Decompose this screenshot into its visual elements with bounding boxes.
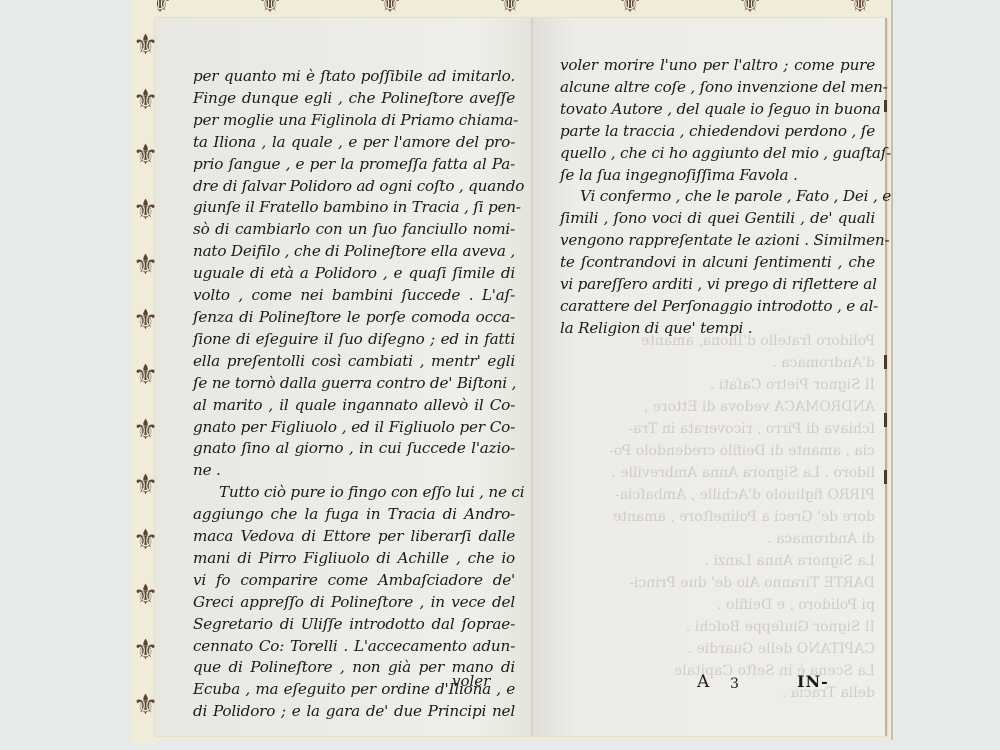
fleur-de-lis-icon: ⚜ xyxy=(133,300,155,340)
text-line: al marito , il quale ingannato allevò il… xyxy=(193,395,515,417)
cover-edge-mark xyxy=(884,413,887,427)
text-line: volto , come nei bambini ſuccede . L'aſ- xyxy=(193,285,515,307)
text-line: ſe la ſua ingegnoſiſſima Favola . xyxy=(560,165,875,187)
text-line: ella preſentolli così cambiati , mentr' … xyxy=(193,351,515,373)
text-line: dre di ſalvar Polidoro ad ogni coſto , q… xyxy=(193,176,515,198)
text-line: aggiungo che la fuga in Tracia di Andro- xyxy=(193,504,515,526)
text-line: Segretario di Uliſſe introdotto dal ſopr… xyxy=(193,614,515,636)
bleed-line: lidoro . La Signora Anna Ambreville . xyxy=(575,462,875,484)
text-line: cennato Co: Torelli . L'accecamento adun… xyxy=(193,636,515,658)
bleed-line: Il Signor Pietro Caſati . xyxy=(575,374,875,396)
fleur-de-lis-icon: ⚜ xyxy=(370,0,410,16)
text-line: per moglie una Figlinola di Priamo chiam… xyxy=(193,110,515,132)
right-catchword: IN- xyxy=(797,672,829,691)
text-line: vi pareſſero arditi , vi prego di riflet… xyxy=(560,274,875,296)
bleed-line: d'Andromaca . xyxy=(575,352,875,374)
cover-pattern-left: ⚜ ⚜ ⚜ ⚜ ⚜ ⚜ ⚜ ⚜ ⚜ ⚜ ⚜ ⚜ ⚜ xyxy=(131,0,157,745)
fleur-de-lis-icon: ⚜ xyxy=(133,355,155,395)
bleed-line: della Tracia . xyxy=(575,682,875,704)
text-line: gnato per Figliuolo , ed il Figliuolo pe… xyxy=(193,417,515,439)
fleur-de-lis-icon: ⚜ xyxy=(133,575,155,615)
cover-edge-mark xyxy=(884,100,887,112)
text-line: Vi confermo , che le parole , Fato , Dei… xyxy=(560,186,875,208)
text-line: ta Iliona , la quale , e per l'amore del… xyxy=(193,132,515,154)
text-line: alcune altre coſe , ſono invenzione del … xyxy=(560,77,875,99)
text-line: mani di Pirro Figliuolo di Achille , che… xyxy=(193,548,515,570)
text-line: Greci appreſſo di Polineſtore , in vece … xyxy=(193,592,515,614)
fleur-de-lis-icon: ⚜ xyxy=(250,0,290,16)
fleur-de-lis-icon: ⚜ xyxy=(133,410,155,450)
bleed-through-text: Polidoro fratello d'Iliona, amante d'And… xyxy=(575,330,875,704)
fleur-de-lis-icon: ⚜ xyxy=(133,685,155,725)
text-line: vengono rappreſentate le azioni . Similm… xyxy=(560,230,875,252)
fleur-de-lis-icon: ⚜ xyxy=(133,520,155,560)
bleed-line: DARTE Tiranno Aio de' due Princi- xyxy=(575,572,875,594)
text-line: vi fo comparire come Ambaſciadore de' xyxy=(193,570,515,592)
text-line: per quanto mi è ſtato poſſibile ad imita… xyxy=(193,66,515,88)
text-line: ne . xyxy=(193,460,515,482)
fleur-de-lis-icon: ⚜ xyxy=(133,245,155,285)
bleed-line: dore de' Greci a Polineſtore , amante xyxy=(575,506,875,528)
cover-pattern-top: ⚜ ⚜ ⚜ ⚜ ⚜ ⚜ ⚜ xyxy=(140,0,880,20)
text-line: maca Vedova di Ettore per liberarſi dall… xyxy=(193,526,515,548)
text-line: nato Deifilo , che di Polineſtore ella a… xyxy=(193,241,515,263)
text-line: uguale di età a Polidoro , e quaſi ſimil… xyxy=(193,263,515,285)
cover-edge-mark xyxy=(884,355,887,369)
bleed-line: Il Signor Giuſeppe Boſchi . xyxy=(575,616,875,638)
bleed-line: ANDROMACA vedova di Ettore , xyxy=(575,396,875,418)
fleur-de-lis-icon: ⚜ xyxy=(133,630,155,670)
bleed-line: CAPITANO delle Guardie . xyxy=(575,638,875,660)
text-line: ſione di eſeguire il ſuo diſegno ; ed in… xyxy=(193,329,515,351)
signature-mark-number: 3 xyxy=(730,676,739,692)
text-line: voler morire l'uno per l'altro ; come pu… xyxy=(560,55,875,77)
text-line: carattere del Perſonaggio introdotto , e… xyxy=(560,296,875,318)
left-page-text: per quanto mi è ſtato poſſibile ad imita… xyxy=(193,66,515,723)
fleur-de-lis-icon: ⚜ xyxy=(840,0,880,16)
fleur-de-lis-icon: ⚜ xyxy=(133,80,155,120)
bleed-line: ſchiava di Pirro , ricoverata in Tra- xyxy=(575,418,875,440)
fleur-de-lis-icon: ⚜ xyxy=(133,465,155,505)
text-line: gnato ſino al giorno , in cui ſuccede l'… xyxy=(193,438,515,460)
text-line: sò di cambiarlo con un ſuo fanciullo nom… xyxy=(193,219,515,241)
text-line: di Polidoro ; e la gara de' due Principi… xyxy=(193,701,515,723)
text-line: prio ſangue , e per la promeſſa fatta al… xyxy=(193,154,515,176)
fleur-de-lis-icon: ⚜ xyxy=(730,0,770,16)
text-line: giunſe il Fratello bambino in Tracia , ſ… xyxy=(193,197,515,219)
text-line: ſenza di Polineſtore le porſe comoda occ… xyxy=(193,307,515,329)
bleed-line: PIRRO figliuolo d'Achille , Ambaſcia- xyxy=(575,484,875,506)
text-line: parte la traccia , chiedendovi perdono ,… xyxy=(560,121,875,143)
text-line: Tutto ciò pure io fingo con eſſo lui , n… xyxy=(193,482,515,504)
bleed-line: La Scena è in Seſto Capitale xyxy=(575,660,875,682)
text-line: ſe ne tornò dalla guerra contro de' Biſt… xyxy=(193,373,515,395)
fleur-de-lis-icon: ⚜ xyxy=(133,135,155,175)
left-catchword: voler xyxy=(452,672,490,690)
fleur-de-lis-icon: ⚜ xyxy=(490,0,530,16)
text-line: quello , che ci ho aggiunto del mio , gu… xyxy=(560,143,875,165)
signature-mark-letter: A xyxy=(697,672,709,692)
text-line: la Religion di que' tempi . xyxy=(560,318,875,340)
book-gutter xyxy=(531,18,535,736)
bleed-line: La Signora Anna Lanzi . xyxy=(575,550,875,572)
cover-edge-mark xyxy=(884,470,887,484)
bleed-line: pi Polidoro , e Deifilo . xyxy=(575,594,875,616)
text-line: ſimili , ſono voci di quei Gentili , de'… xyxy=(560,208,875,230)
bleed-line: di Andromaca . xyxy=(575,528,875,550)
bleed-line: cia , amante di Deifilo credendolo Po- xyxy=(575,440,875,462)
fleur-de-lis-icon: ⚜ xyxy=(610,0,650,16)
text-line: Finge dunque egli , che Polineſtore aveſ… xyxy=(193,88,515,110)
fleur-de-lis-icon: ⚜ xyxy=(133,190,155,230)
text-line: tovato Autore , del quale io ſeguo in bu… xyxy=(560,99,875,121)
fleur-de-lis-icon: ⚜ xyxy=(133,25,155,65)
text-line: te ſcontrandovi in alcuni ſentimenti , c… xyxy=(560,252,875,274)
right-page-text: voler morire l'uno per l'altro ; come pu… xyxy=(560,55,875,340)
